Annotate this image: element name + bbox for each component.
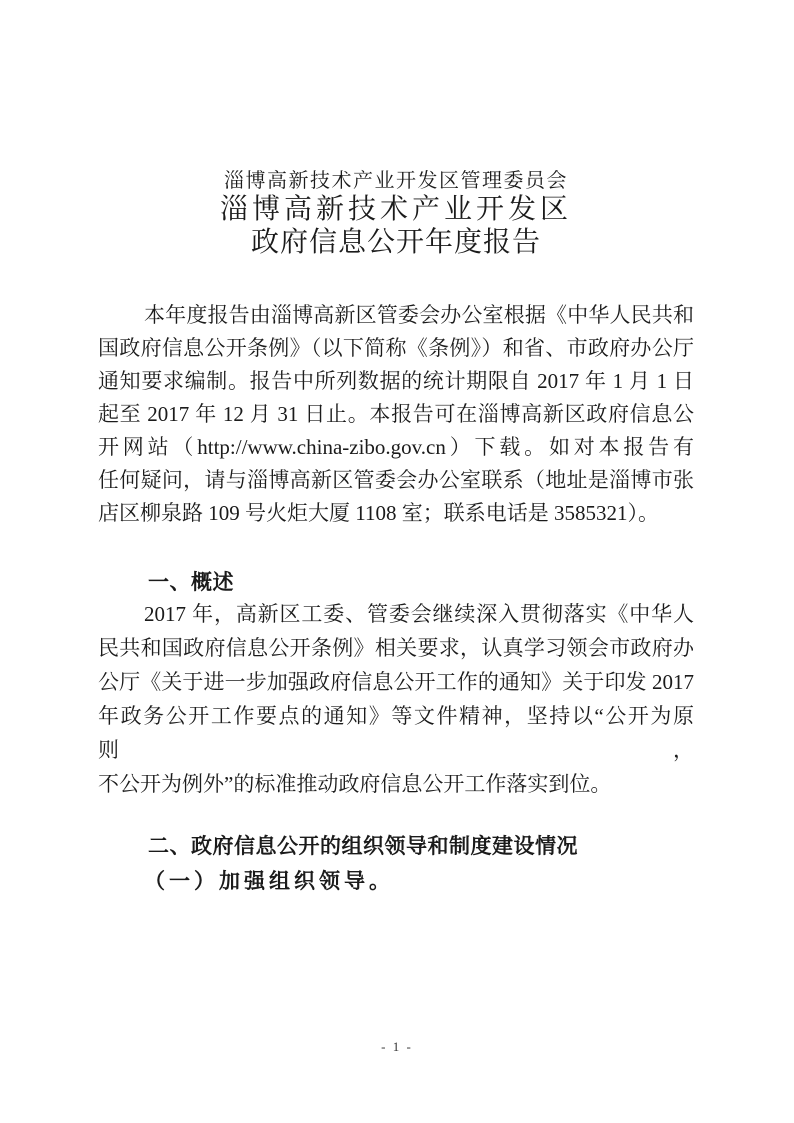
page-number: - 1 - [0,1037,794,1057]
paragraph-line: 起至 2017 年 12 月 31 日止。本报告可在淄博高新区政府信息公 [98,398,694,431]
document-page: 淄博高新技术产业开发区管理委员会 淄博高新技术产业开发区 政府信息公开年度报告 … [0,0,794,1123]
paragraph-line: 通知要求编制。报告中所列数据的统计期限自 2017 年 1 月 1 日 [98,365,694,398]
paragraph-line: 不公开为例外”的标准推动政府信息公开工作落实到位。 [98,767,694,801]
report-header: 淄博高新技术产业开发区管理委员会 淄博高新技术产业开发区 政府信息公开年度报告 [98,0,694,260]
section-1-heading: 一、概述 [98,569,694,597]
report-title-line-1: 淄博高新技术产业开发区 [98,194,694,226]
paragraph-line: 国政府信息公开条例》（以下简称《条例》）和省、市政府办公厅 [98,332,694,365]
paragraph-line: 2017 年，高新区工委、管委会继续深入贯彻落实《中华人 [98,597,694,631]
section-2-1-subheading: （一）加强组织领导。 [98,864,694,898]
paragraph-line: 店区柳泉路 109 号火炬大厦 1108 室；联系电话是 3585321）。 [98,497,694,530]
report-org-line: 淄博高新技术产业开发区管理委员会 [98,168,694,194]
section-2-heading: 二、政府信息公开的组织领导和制度建设情况 [98,833,694,861]
paragraph-line: 任何疑问，请与淄博高新区管委会办公室联系（地址是淄博市张 [98,464,694,497]
paragraph-line: 民共和国政府信息公开条例》相关要求，认真学习领会市政府办 [98,631,694,665]
paragraph-line: 公厅《关于进一步加强政府信息公开工作的通知》关于印发 2017 [98,665,694,699]
paragraph-line: 开网站（http://www.china-zibo.gov.cn）下载。如对本报… [98,431,694,464]
paragraph-line: 年政务公开工作要点的通知》等文件精神，坚持以“公开为原则， [98,699,694,767]
section-1-paragraph: 2017 年，高新区工委、管委会继续深入贯彻落实《中华人 民共和国政府信息公开条… [98,597,694,801]
intro-paragraph: 本年度报告由淄博高新区管委会办公室根据《中华人民共和 国政府信息公开条例》（以下… [98,299,694,530]
report-title-line-2: 政府信息公开年度报告 [98,226,694,260]
paragraph-line: 本年度报告由淄博高新区管委会办公室根据《中华人民共和 [98,299,694,332]
